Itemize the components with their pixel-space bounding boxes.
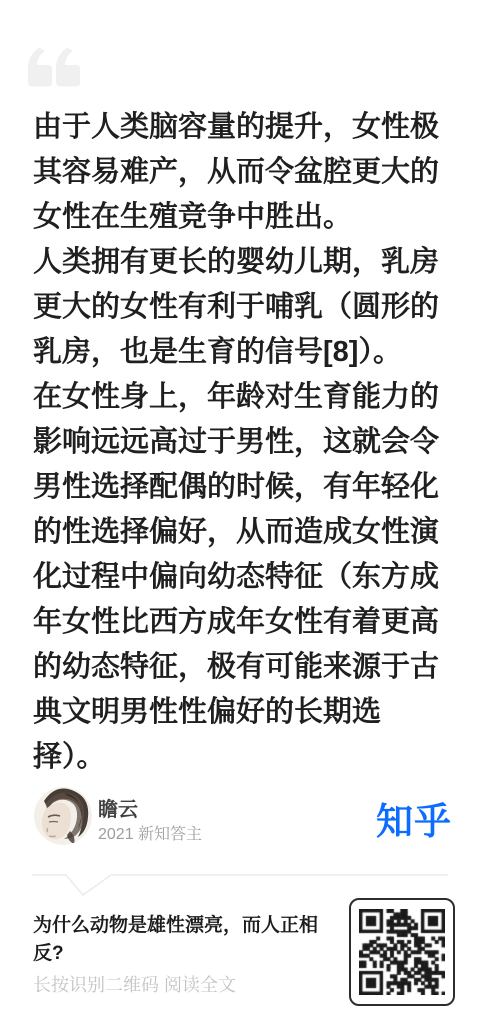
zhihu-logo: 知乎	[376, 791, 452, 845]
share-card: 由于人类脑容量的提升，女性极其容易难产，从而令盆腔更大的女性在生殖竞争中胜出。 …	[0, 0, 480, 1024]
quote-paragraph: 由于人类脑容量的提升，女性极其容易难产，从而令盆腔更大的女性在生殖竞争中胜出。	[33, 105, 447, 240]
quote-paragraph: 人类拥有更长的婴幼儿期，乳房更大的女性有利于哺乳（圆形的乳房，也是生育的信号[8…	[33, 240, 447, 375]
divider-with-tail	[0, 874, 480, 900]
author-row: 瞻云 2021 新知答主 知乎	[0, 787, 480, 845]
quote-text: 由于人类脑容量的提升，女性极其容易难产，从而令盆腔更大的女性在生殖竞争中胜出。 …	[33, 105, 447, 780]
question-title: 为什么动物是雄性漂亮，而人正相反?	[33, 912, 333, 968]
author-badge: 2021 新知答主	[98, 821, 202, 844]
quote-icon	[28, 46, 80, 88]
qr-code[interactable]	[349, 898, 455, 1006]
qr-hint-text: 长按识别二维码 阅读全文	[33, 971, 236, 997]
avatar	[34, 787, 92, 845]
author-name: 瞻云	[98, 793, 138, 822]
quote-paragraph: 在女性身上，年龄对生育能力的影响远远高过于男性，这就会令男性选择配偶的时候，有年…	[33, 375, 447, 780]
qr-pattern	[359, 909, 445, 995]
